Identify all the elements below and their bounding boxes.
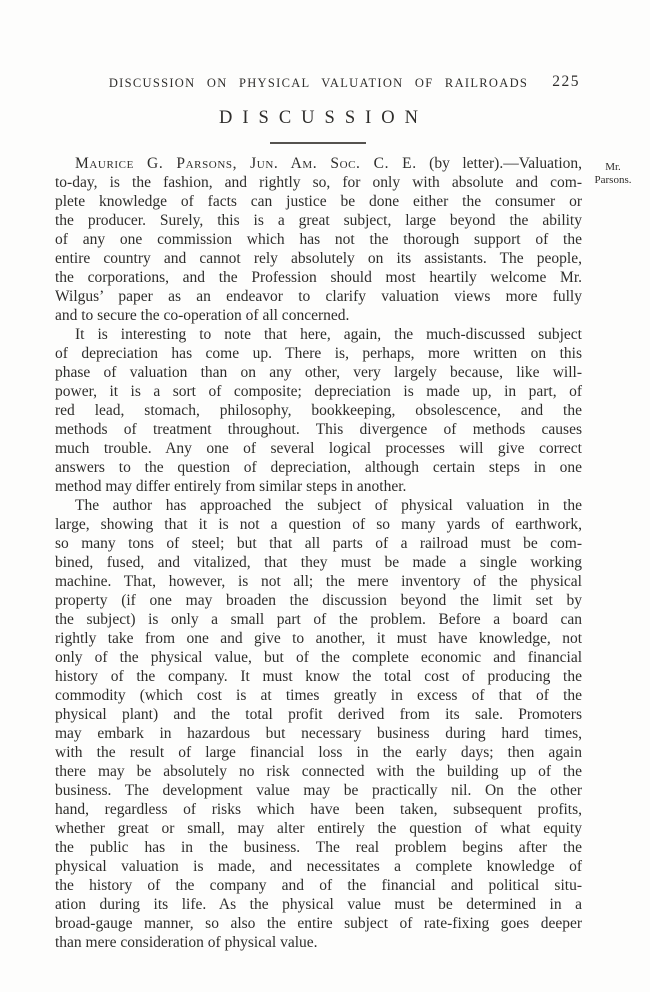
text-line: answers to the question of depreciation,… xyxy=(55,458,582,477)
text-line: physical plant) and the total profit der… xyxy=(55,705,582,724)
text-line: Wilgus’ paper as an endeavor to clarify … xyxy=(55,287,582,306)
text-line: and to secure the co-operation of all co… xyxy=(55,306,582,325)
text-segment: (by letter).—Valuation, xyxy=(417,155,582,172)
text-line: The author has approached the subject of… xyxy=(55,496,582,515)
running-header: DISCUSSION ON PHYSICAL VALUATION OF RAIL… xyxy=(55,76,582,91)
text-line: large, showing that it is not a question… xyxy=(55,515,582,534)
text-line: business. The development value may be p… xyxy=(55,781,582,800)
author-name: Maurice G. Parsons, Jun. Am. Soc. C. E. xyxy=(75,155,417,172)
text-line: there may be absolutely no risk connecte… xyxy=(55,762,582,781)
paragraph: Maurice G. Parsons, Jun. Am. Soc. C. E. … xyxy=(55,154,582,325)
text-line: than mere consideration of physical valu… xyxy=(55,933,582,952)
text-line: entire country and cannot rely absolutel… xyxy=(55,249,582,268)
text-line: ation during its life. As the physical v… xyxy=(55,895,582,914)
text-line: Maurice G. Parsons, Jun. Am. Soc. C. E. … xyxy=(55,154,582,173)
text-line: rightly take from one and give to anothe… xyxy=(55,629,582,648)
text-line: power, it is a sort of composite; deprec… xyxy=(55,382,582,401)
text-line: physical valuation is made, and necessit… xyxy=(55,857,582,876)
text-line: hand, regardless of risks which have bee… xyxy=(55,800,582,819)
page-number: 225 xyxy=(552,73,580,91)
text-line: of any one commission which has not the … xyxy=(55,230,582,249)
text-line: commodity (which cost is at times greatl… xyxy=(55,686,582,705)
section-title: DISCUSSION xyxy=(55,108,582,129)
text-line: phase of valuation than on any other, ve… xyxy=(55,363,582,382)
text-line: to-day, is the fashion, and rightly so, … xyxy=(55,173,582,192)
text-line: broad-gauge manner, so also the entire s… xyxy=(55,914,582,933)
book-page: DISCUSSION ON PHYSICAL VALUATION OF RAIL… xyxy=(0,0,650,992)
margin-note-line-2: Parsons. xyxy=(585,174,641,187)
text-line: with the result of large financial loss … xyxy=(55,743,582,762)
text-line: history of the company. It must know the… xyxy=(55,667,582,686)
text-line: the public has in the business. The real… xyxy=(55,838,582,857)
margin-note-line-1: Mr. xyxy=(585,161,641,174)
text-line: so many tons of steel; but that all part… xyxy=(55,534,582,553)
text-line: method may differ entirely from similar … xyxy=(55,477,582,496)
paragraph: It is interesting to note that here, aga… xyxy=(55,325,582,496)
text-line: machine. That, however, is not all; the … xyxy=(55,572,582,591)
text-line: It is interesting to note that here, aga… xyxy=(55,325,582,344)
body-text: Maurice G. Parsons, Jun. Am. Soc. C. E. … xyxy=(55,154,582,952)
text-line: methods of treatment throughout. This di… xyxy=(55,420,582,439)
text-line: the corporations, and the Profession sho… xyxy=(55,268,582,287)
text-line: bined, fused, and vitalized, that they m… xyxy=(55,553,582,572)
text-line: the subject) is only a small part of the… xyxy=(55,610,582,629)
title-rule xyxy=(270,142,366,144)
text-line: plete knowledge of facts can justice be … xyxy=(55,192,582,211)
text-line: only of the physical value, but of the c… xyxy=(55,648,582,667)
paragraph: The author has approached the subject of… xyxy=(55,496,582,952)
text-line: whether great or small, may alter entire… xyxy=(55,819,582,838)
margin-note: Mr. Parsons. xyxy=(585,161,641,186)
text-line: the producer. Surely, this is a great su… xyxy=(55,211,582,230)
text-line: of depreciation has come up. There is, p… xyxy=(55,344,582,363)
text-line: the history of the company and of the fi… xyxy=(55,876,582,895)
text-line: may embark in hazardous but necessary bu… xyxy=(55,724,582,743)
text-line: much trouble. Any one of several logical… xyxy=(55,439,582,458)
running-header-title: DISCUSSION ON PHYSICAL VALUATION OF RAIL… xyxy=(109,76,528,90)
text-line: red lead, stomach, philosophy, bookkeepi… xyxy=(55,401,582,420)
text-line: property (if one may broaden the discuss… xyxy=(55,591,582,610)
